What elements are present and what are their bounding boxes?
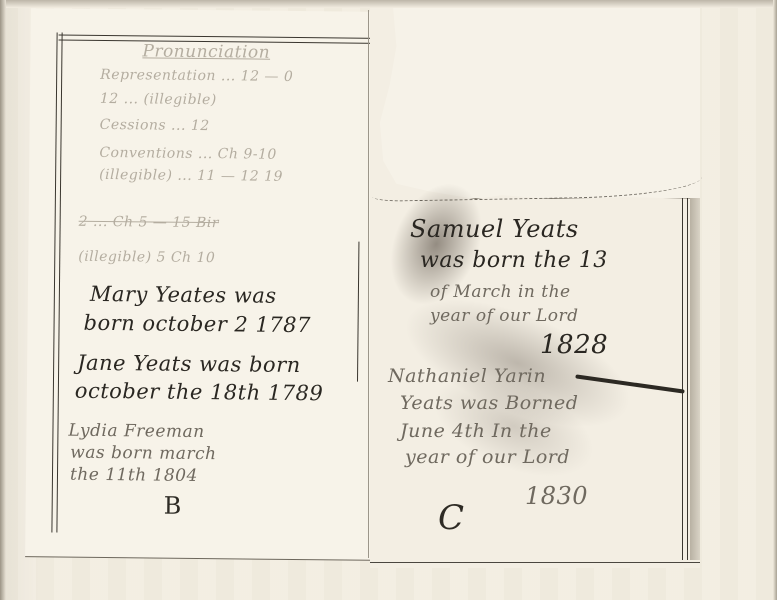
page-fold [368,10,369,558]
entry-mary-line1: Mary Yeates was [90,282,277,308]
border-rule [59,34,377,38]
entry-nathaniel-line2: Yeats was Borned [400,392,578,414]
border-rule [687,198,688,560]
page-letter-b: B [164,492,182,520]
page-letter-c: C [438,498,464,538]
faint-line: Representation ... 12 — 0 [100,67,293,85]
scan-right-edge [773,0,777,600]
entry-mary-line2: born october 2 1787 [83,311,311,337]
entry-nathaniel-line3: June 4th In the [400,420,552,442]
left-page: Pronunciation Representation ... 12 — 0 … [25,8,377,561]
entry-samuel-line1: Samuel Yeats [410,215,579,243]
entry-lydia-line2: was born march [70,443,216,465]
entry-nathaniel-line4: year of our Lord [405,446,570,468]
entry-nathaniel-line1: Nathaniel Yarin [388,365,546,387]
faint-line: 12 ... (illegible) [100,91,217,108]
entry-samuel-line3: of March in the [430,282,571,302]
entry-nathaniel-year: 1830 [525,482,588,510]
entry-jane-line1: Jane Yeats was born [77,351,301,377]
faint-line: (illegible) ... 11 — 12 19 [99,167,283,185]
entry-lydia-line3: the 11th 1804 [70,465,198,486]
scan-left-edge [0,0,6,600]
border-rule [370,562,700,563]
scan-top-edge [0,0,777,8]
border-rule [682,198,683,560]
border-rule [56,33,62,533]
faint-heading: Pronunciation [142,41,270,62]
entry-jane-line2: october the 18th 1789 [75,379,324,406]
entry-samuel-line2: was born the 13 [420,248,608,273]
entry-lydia-line1: Lydia Freeman [68,421,204,442]
faint-line: Cessions ... 12 [100,117,210,134]
page-edge-shadow [690,198,700,560]
faint-line: (illegible) 5 Ch 10 [78,249,215,266]
entry-samuel-year: 1828 [540,330,608,360]
entry-samuel-line4: year of our Lord [430,306,579,326]
faint-line: Conventions ... Ch 9-10 [99,145,277,163]
border-rule [357,242,359,382]
faint-line: 2 ... Ch 5 — 15 Bir [79,214,220,231]
